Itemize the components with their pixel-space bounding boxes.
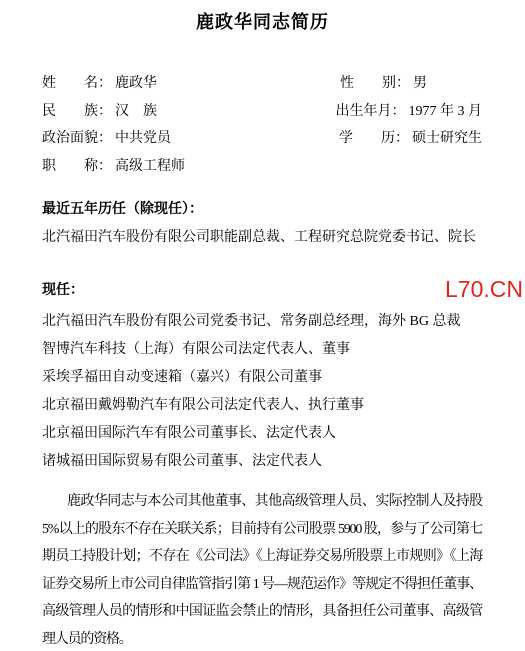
field-political-status: 政治面貌：中共党员 bbox=[42, 125, 339, 153]
history-heading: 最近五年历任（除现任）： bbox=[42, 196, 482, 224]
field-ethnicity: 民 族：汉 族 bbox=[42, 98, 336, 126]
field-gender-value: 男 bbox=[413, 76, 427, 91]
field-education: 学 历：硕士研究生 bbox=[339, 125, 482, 153]
profile-row: 职 称：高级工程师 bbox=[42, 153, 482, 181]
history-item: 北汽福田汽车股份有限公司职能副总裁、工程研究总院党委书记、院长 bbox=[42, 224, 482, 252]
field-professional-title-label: 职 称： bbox=[42, 159, 112, 174]
paragraph-line: 鹿政华同志与本公司其他董事、其他高级管理人员、实际控制人及持股 bbox=[42, 488, 482, 516]
field-political-status-label: 政治面貌： bbox=[42, 131, 112, 146]
document-page: 鹿政华同志简历 姓 名：鹿政华 性 别：男 民 族：汉 族 出生年月：1977 … bbox=[0, 0, 525, 651]
field-political-status-value: 中共党员 bbox=[115, 131, 171, 146]
field-gender-label: 性 别： bbox=[340, 76, 410, 91]
current-item: 采埃孚福田自动变速箱（嘉兴）有限公司董事 bbox=[42, 364, 482, 392]
field-birthdate-label: 出生年月： bbox=[336, 104, 406, 119]
profile-row: 民 族：汉 族 出生年月：1977 年 3 月 bbox=[42, 98, 482, 126]
field-ethnicity-label: 民 族： bbox=[42, 104, 112, 119]
field-birthdate-value: 1977 年 3 月 bbox=[409, 104, 483, 119]
field-professional-title: 职 称：高级工程师 bbox=[42, 153, 340, 181]
profile-row: 政治面貌：中共党员 学 历：硕士研究生 bbox=[42, 125, 482, 153]
profile-row: 姓 名：鹿政华 性 别：男 bbox=[42, 70, 482, 98]
current-item: 北汽福田汽车股份有限公司党委书记、常务副总经理，海外 BG 总裁 bbox=[42, 308, 482, 336]
current-item: 诸城福田国际贸易有限公司董事、法定代表人 bbox=[42, 448, 482, 476]
field-name: 姓 名：鹿政华 bbox=[42, 70, 340, 98]
field-name-label: 姓 名： bbox=[42, 76, 112, 91]
paragraph-line: 理人员的资格。 bbox=[42, 626, 482, 651]
page-title: 鹿政华同志简历 bbox=[0, 8, 525, 34]
current-section: 现任： 北汽福田汽车股份有限公司党委书记、常务副总经理，海外 BG 总裁 智博汽… bbox=[42, 277, 482, 476]
history-section: 最近五年历任（除现任）： 北汽福田汽车股份有限公司职能副总裁、工程研究总院党委书… bbox=[42, 196, 482, 252]
field-education-label: 学 历： bbox=[339, 131, 409, 146]
field-birthdate: 出生年月：1977 年 3 月 bbox=[336, 98, 483, 126]
field-name-value: 鹿政华 bbox=[115, 76, 157, 91]
paragraph-line: 证券交易所上市公司自律监管指引第 1 号—规范运作》等规定不得担任董事、 bbox=[42, 571, 482, 599]
profile-section: 姓 名：鹿政华 性 别：男 民 族：汉 族 出生年月：1977 年 3 月 政治… bbox=[42, 70, 482, 180]
field-professional-title-value: 高级工程师 bbox=[115, 159, 185, 174]
paragraph-line: 5%以上的股东不存在关联关系；目前持有公司股票 5900 股，参与了公司第七 bbox=[42, 516, 482, 544]
current-item: 北京福田戴姆勒汽车有限公司法定代表人、执行董事 bbox=[42, 392, 482, 420]
field-education-value: 硕士研究生 bbox=[412, 131, 482, 146]
paragraph-line: 高级管理人员的情形和中国证监会禁止的情形，具备担任公司董事、高级管 bbox=[42, 598, 482, 626]
current-heading: 现任： bbox=[42, 277, 482, 305]
current-items: 北汽福田汽车股份有限公司党委书记、常务副总经理，海外 BG 总裁 智博汽车科技（… bbox=[42, 308, 482, 476]
current-item: 北京福田国际汽车有限公司董事长、法定代表人 bbox=[42, 420, 482, 448]
paragraph-line: 期员工持股计划；不存在《公司法》《上海证券交易所股票上市规则》《上海 bbox=[42, 543, 482, 571]
field-ethnicity-value: 汉 族 bbox=[115, 104, 157, 119]
current-item: 智博汽车科技（上海）有限公司法定代表人、董事 bbox=[42, 336, 482, 364]
field-gender: 性 别：男 bbox=[340, 70, 427, 98]
disclosure-paragraph: 鹿政华同志与本公司其他董事、其他高级管理人员、实际控制人及持股 5%以上的股东不… bbox=[42, 488, 482, 651]
